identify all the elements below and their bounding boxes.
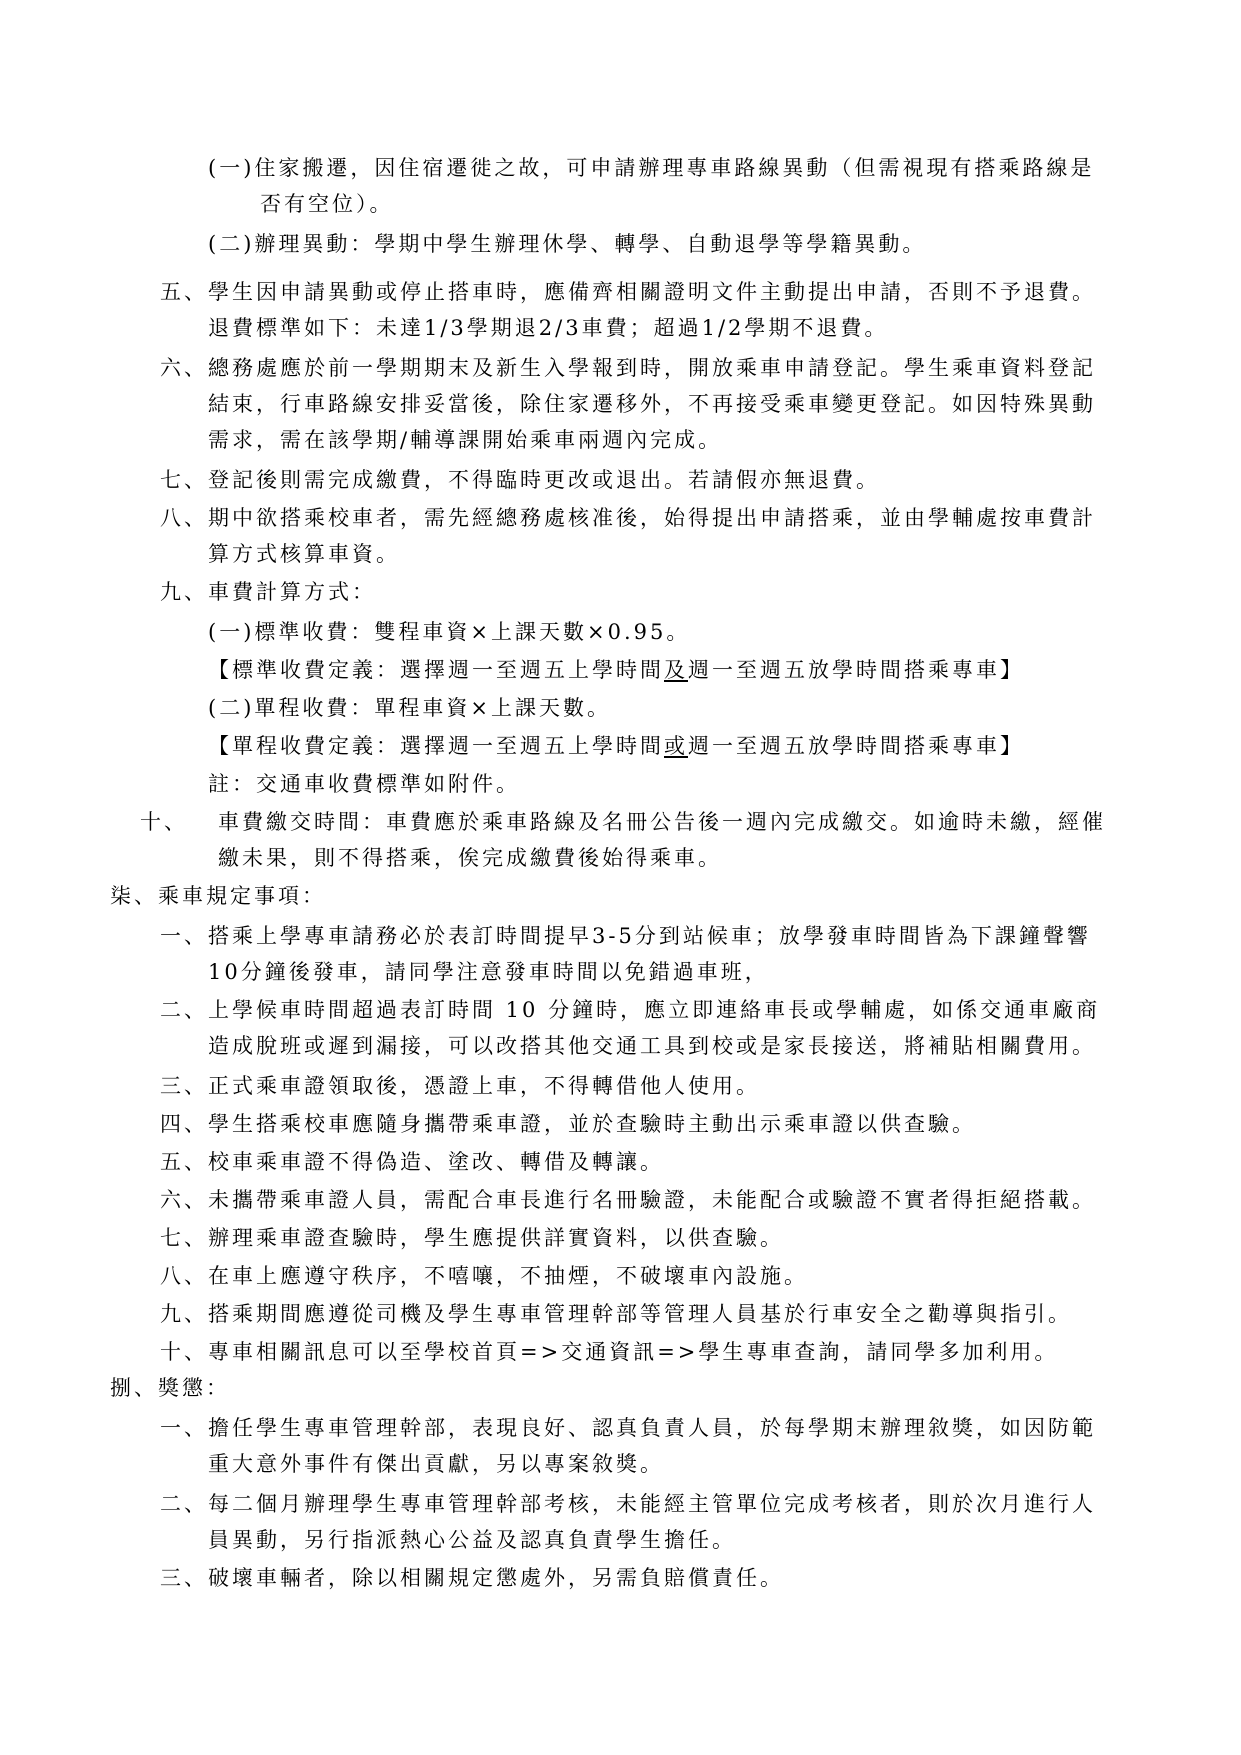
item-9-line1: 九、車費計算方式： [160, 578, 376, 606]
s7-item-7: 七、辦理乘車證查驗時，學生應提供詳實資料，以供查驗。 [160, 1224, 784, 1252]
s7-item-2-line2: 造成脫班或遲到漏接，可以改搭其他交通工具到校或是家長接送，將補貼相關費用。 [208, 1032, 1096, 1060]
item-5-line2: 退費標準如下：未達1/3學期退2/3車費；超過1/2學期不退費。 [208, 314, 888, 342]
document-page: (一)住家搬遷，因住宿遷徙之故，可申請辦理專車路線異動（但需視現有搭乘路線是 否… [0, 0, 1241, 1755]
s7-item-6: 六、未攜帶乘車證人員，需配合車長進行名冊驗證，未能配合或驗證不實者得拒絕搭載。 [160, 1186, 1096, 1214]
sub-item-2-line1: (二)辦理異動：學期中學生辦理休學、轉學、自動退學等學籍異動。 [208, 230, 926, 258]
sub-item-1-line1: (一)住家搬遷，因住宿遷徙之故，可申請辦理專車路線異動（但需視現有搭乘路線是 [208, 154, 1094, 182]
item-6-line2: 結束，行車路線安排妥當後，除住家遷移外，不再接受乘車變更登記。如因特殊異動 [208, 390, 1096, 418]
s7-item-8: 八、在車上應遵守秩序，不嘻嚷，不抽煙，不破壞車內設施。 [160, 1262, 808, 1290]
item-7-line1: 七、登記後則需完成繳費，不得臨時更改或退出。若請假亦無退費。 [160, 466, 880, 494]
s8-item-2-line2: 員異動，另行指派熱心公益及認真負責學生擔任。 [208, 1526, 736, 1554]
fee-single: (二)單程收費：單程車資×上課天數。 [208, 694, 611, 722]
item-5-line1: 五、學生因申請異動或停止搭車時，應備齊相關證明文件主動提出申請，否則不予退費。 [160, 278, 1096, 306]
item-6-line1: 六、總務處應於前一學期期末及新生入學報到時，開放乘車申請登記。學生乘車資料登記 [160, 354, 1096, 382]
section-seven-heading: 柒、乘車規定事項： [110, 882, 326, 910]
s7-item-1-line1: 一、搭乘上學專車請務必於表訂時間提早3-5分到站候車；放學發車時間皆為下課鐘聲響 [160, 922, 1091, 950]
fee-standard-definition: 【標準收費定義：選擇週一至週五上學時間及週一至週五放學時間搭乘專車】 [208, 656, 1024, 684]
sub-item-1-line2: 否有空位）。 [260, 190, 394, 218]
s7-item-9: 九、搭乘期間應遵從司機及學生專車管理幹部等管理人員基於行車安全之勸導與指引。 [160, 1300, 1072, 1328]
s7-item-2-line1: 二、上學候車時間超過表訂時間 10 分鐘時，應立即連絡車長或學輔處，如係交通車廠… [160, 996, 1100, 1024]
s7-item-10: 十、專車相關訊息可以至學校首頁=>交通資訊=>學生專車查詢，請同學多加利用。 [160, 1338, 1058, 1366]
s8-item-1-line1: 一、擔任學生專車管理幹部，表現良好、認真負責人員，於每學期末辦理敘獎，如因防範 [160, 1414, 1096, 1442]
item-10-label: 十、 [140, 808, 188, 836]
item-10-line1: 車費繳交時間：車費應於乘車路線及名冊公告後一週內完成繳交。如逾時未繳，經催 [218, 808, 1106, 836]
s7-item-1-line2: 10分鐘後發車，請同學注意發車時間以免錯過車班， [208, 958, 769, 986]
s8-item-1-line2: 重大意外事件有傑出貢獻，另以專案敘獎。 [208, 1450, 664, 1478]
s7-item-3: 三、正式乘車證領取後，憑證上車，不得轉借他人使用。 [160, 1072, 760, 1100]
item-8-line2: 算方式核算車資。 [208, 540, 400, 568]
item-10-line2: 繳未果，則不得搭乘，俟完成繳費後始得乘車。 [218, 844, 722, 872]
fee-single-definition: 【單程收費定義：選擇週一至週五上學時間或週一至週五放學時間搭乘專車】 [208, 732, 1024, 760]
fee-note: 註：交通車收費標準如附件。 [208, 770, 520, 798]
item-8-line1: 八、期中欲搭乘校車者，需先經總務處核准後，始得提出申請搭乘，並由學輔處按車費計 [160, 504, 1096, 532]
s7-item-4: 四、學生搭乘校車應隨身攜帶乘車證，並於查驗時主動出示乘車證以供查驗。 [160, 1110, 976, 1138]
item-6-line3: 需求，需在該學期/輔導課開始乘車兩週內完成。 [208, 426, 722, 454]
s7-item-5: 五、校車乘車證不得偽造、塗改、轉借及轉讓。 [160, 1148, 664, 1176]
s8-item-3: 三、破壞車輛者，除以相關規定懲處外，另需負賠償責任。 [160, 1564, 784, 1592]
section-eight-heading: 捌、獎懲： [110, 1374, 230, 1402]
fee-standard: (一)標準收費：雙程車資×上課天數×0.95。 [208, 618, 690, 646]
s8-item-2-line1: 二、每二個月辦理學生專車管理幹部考核，未能經主管單位完成考核者，則於次月進行人 [160, 1490, 1096, 1518]
